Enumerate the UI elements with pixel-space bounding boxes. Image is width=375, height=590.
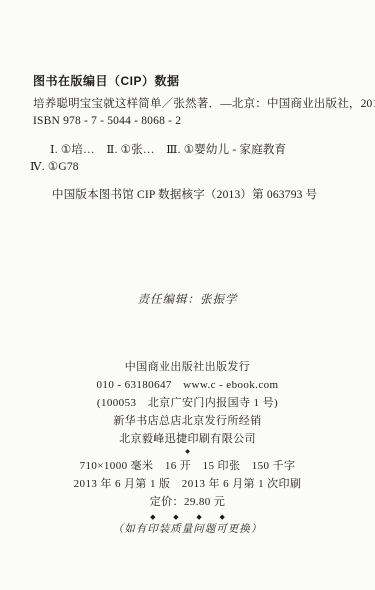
diamond-row-icon: ◆ ◆ ◆ ◆ — [0, 511, 375, 523]
printer-line: 北京毅峰迅捷印刷有限公司 — [0, 430, 375, 448]
phone-website-line: 010 - 63180647 www.c - ebook.com — [0, 376, 375, 394]
classification-line-1: Ⅰ. ①培… Ⅱ. ①张… Ⅲ. ①婴幼儿 - 家庭教育 — [33, 142, 365, 159]
price-line: 定价：29.80 元 — [0, 493, 375, 511]
cip-description-line: 培养聪明宝宝就这样简单／张然著．—北京：中国商业出版社，2013.5 — [33, 96, 365, 113]
book-copyright-page: 图书在版编目（CIP）数据 培养聪明宝宝就这样简单／张然著．—北京：中国商业出版… — [0, 0, 375, 590]
format-line: 710×1000 毫米 16 开 15 印张 150 千字 — [0, 457, 375, 475]
publisher-line: 中国商业出版社出版发行 — [0, 358, 375, 376]
edition-line: 2013 年 6 月第 1 版 2013 年 6 月第 1 次印刷 — [0, 475, 375, 493]
isbn-line: ISBN 978 - 7 - 5044 - 8068 - 2 — [33, 113, 365, 130]
publishing-printing-block: 中国商业出版社出版发行 010 - 63180647 www.c - ebook… — [0, 358, 375, 537]
diamond-separator-icon: ◆ — [0, 448, 375, 457]
cip-block: 图书在版编目（CIP）数据 培养聪明宝宝就这样简单／张然著．—北京：中国商业出版… — [33, 73, 365, 204]
classification-line-2: Ⅳ. ①G78 — [30, 159, 365, 176]
address-line: (100053 北京广安门内报国寺 1 号) — [0, 394, 375, 412]
responsible-editor-line: 责任编辑：张振学 — [0, 293, 375, 307]
distributor-line: 新华书店总店北京发行所经销 — [0, 412, 375, 430]
cip-record-line: 中国版本图书馆 CIP 数据核字（2013）第 063793 号 — [52, 187, 365, 204]
quality-note-line: （如有印装质量问题可更换） — [0, 523, 375, 537]
cip-heading: 图书在版编目（CIP）数据 — [33, 73, 365, 90]
